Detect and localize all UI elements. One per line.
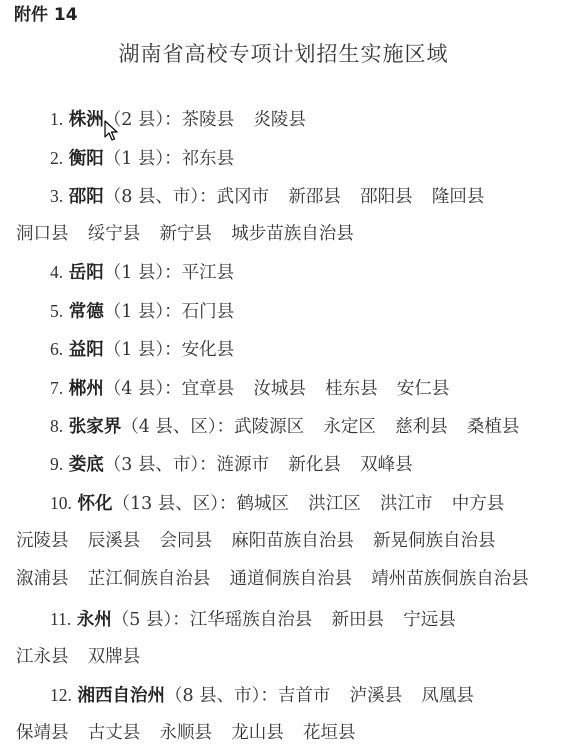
county-count: （4 县、区）：	[121, 417, 234, 437]
county-name: 慈利县	[395, 417, 448, 437]
entry-number: 3.	[50, 186, 63, 206]
city-name: 株洲	[69, 110, 104, 130]
county-name: 洪江区	[308, 494, 361, 514]
county-name: 邵阳县	[360, 187, 413, 207]
county-name: 武冈市	[217, 187, 270, 207]
region-entry: 6. 益阳（1 县）：安化县	[0, 337, 567, 362]
county-name: 会同县	[160, 531, 213, 551]
county-name: 炎陵县	[253, 110, 306, 130]
city-name: 永州	[77, 610, 112, 630]
county-name: 双牌县	[88, 647, 141, 667]
county-name: 宜章县	[182, 379, 235, 399]
county-name: 双峰县	[360, 455, 413, 475]
county-count: （13 县、区）：	[112, 494, 236, 514]
entry-number: 4.	[50, 262, 63, 282]
entry-number: 10.	[50, 493, 72, 513]
county-name: 茶陵县	[182, 110, 235, 130]
county-count: （4 县）：	[104, 379, 182, 399]
entry-number: 11.	[50, 609, 71, 629]
county-name: 辰溪县	[88, 531, 141, 551]
region-entry-continuation: 江永县双牌县	[0, 645, 567, 669]
region-entry: 11. 永州（5 县）：江华瑶族自治县新田县宁远县	[0, 607, 567, 632]
county-name: 涟源市	[217, 455, 270, 475]
document-title: 湖南省高校专项计划招生实施区域	[0, 38, 567, 68]
city-name: 郴州	[69, 379, 104, 399]
region-entry-continuation: 溆浦县芷江侗族自治县通道侗族自治县靖州苗族侗族自治县	[0, 567, 567, 591]
region-entry: 3. 邵阳（8 县、市）：武冈市新邵县邵阳县隆回县	[0, 184, 567, 209]
county-name: 安仁县	[397, 379, 450, 399]
entry-number: 6.	[50, 339, 63, 359]
county-name: 桑植县	[467, 417, 520, 437]
county-name: 江永县	[16, 647, 69, 667]
county-name: 绥宁县	[88, 224, 141, 244]
county-count: （5 县）：	[112, 610, 190, 630]
county-name: 永顺县	[160, 723, 213, 743]
county-name: 新化县	[288, 455, 341, 475]
county-name: 新晃侗族自治县	[373, 531, 496, 551]
entry-number: 12.	[50, 685, 72, 705]
region-entry: 7. 郴州（4 县）：宜章县汝城县桂东县安仁县	[0, 376, 567, 401]
attachment-label: 附件 14	[14, 0, 78, 25]
county-count: （1 县）：	[104, 302, 182, 322]
region-entry: 12. 湘西自治州（8 县、市）：吉首市泸溪县凤凰县	[0, 683, 567, 708]
region-entry-continuation: 洞口县绥宁县新宁县城步苗族自治县	[0, 222, 567, 246]
county-count: （8 县、市）：	[104, 187, 217, 207]
county-name: 沅陵县	[16, 531, 69, 551]
county-name: 安化县	[182, 340, 235, 360]
county-name: 新邵县	[288, 187, 341, 207]
county-name: 武陵源区	[234, 417, 304, 437]
county-count: （1 县）：	[104, 340, 182, 360]
entry-number: 9.	[50, 454, 63, 474]
region-entry-continuation: 保靖县古丈县永顺县龙山县花垣县	[0, 721, 567, 745]
county-name: 泸溪县	[350, 686, 403, 706]
county-name: 洞口县	[16, 224, 69, 244]
county-count: （1 县）：	[104, 149, 182, 169]
entry-number: 8.	[50, 416, 63, 436]
region-entry: 8. 张家界（4 县、区）：武陵源区永定区慈利县桑植县	[0, 414, 567, 439]
county-name: 靖州苗族侗族自治县	[371, 569, 529, 589]
county-name: 江华瑶族自治县	[190, 610, 313, 630]
county-count: （1 县）：	[104, 263, 182, 283]
city-name: 怀化	[77, 494, 112, 514]
region-entry: 9. 娄底（3 县、市）：涟源市新化县双峰县	[0, 452, 567, 477]
city-name: 娄底	[69, 455, 104, 475]
county-name: 汝城县	[253, 379, 306, 399]
county-name: 溆浦县	[16, 569, 69, 589]
entry-number: 2.	[50, 148, 63, 168]
mouse-cursor-icon	[104, 120, 118, 142]
county-name: 宁远县	[403, 610, 456, 630]
city-name: 湘西自治州	[77, 686, 165, 706]
region-entry: 1. 株洲（2 县）：茶陵县炎陵县	[0, 107, 567, 132]
city-name: 衡阳	[69, 149, 104, 169]
entry-number: 7.	[50, 378, 63, 398]
entry-number: 1.	[50, 109, 63, 129]
county-name: 石门县	[182, 302, 235, 322]
county-name: 龙山县	[231, 723, 284, 743]
city-name: 益阳	[69, 340, 104, 360]
city-name: 张家界	[69, 417, 122, 437]
region-entry: 10. 怀化（13 县、区）：鹤城区洪江区洪江市中方县	[0, 491, 567, 516]
region-entry-continuation: 沅陵县辰溪县会同县麻阳苗族自治县新晃侗族自治县	[0, 529, 567, 553]
region-entry: 5. 常德（1 县）：石门县	[0, 299, 567, 324]
region-entry: 2. 衡阳（1 县）：祁东县	[0, 146, 567, 171]
county-name: 麻阳苗族自治县	[231, 531, 354, 551]
county-name: 桂东县	[325, 379, 378, 399]
county-name: 洪江市	[380, 494, 433, 514]
county-name: 鹤城区	[237, 494, 290, 514]
county-name: 新宁县	[160, 224, 213, 244]
county-name: 吉首市	[278, 686, 331, 706]
county-name: 保靖县	[16, 723, 69, 743]
county-name: 通道侗族自治县	[230, 569, 353, 589]
county-name: 凤凰县	[421, 686, 474, 706]
county-name: 隆回县	[432, 187, 485, 207]
county-name: 平江县	[182, 263, 235, 283]
county-name: 古丈县	[88, 723, 141, 743]
county-count: （3 县、市）：	[104, 455, 217, 475]
county-name: 城步苗族自治县	[231, 224, 354, 244]
county-name: 芷江侗族自治县	[88, 569, 211, 589]
county-name: 新田县	[332, 610, 385, 630]
county-name: 花垣县	[303, 723, 356, 743]
city-name: 邵阳	[69, 187, 104, 207]
entry-number: 5.	[50, 301, 63, 321]
county-name: 祁东县	[182, 149, 235, 169]
city-name: 岳阳	[69, 263, 104, 283]
county-name: 中方县	[452, 494, 505, 514]
county-count: （8 县、市）：	[165, 686, 278, 706]
county-name: 永定区	[323, 417, 376, 437]
region-entry: 4. 岳阳（1 县）：平江县	[0, 260, 567, 285]
city-name: 常德	[69, 302, 104, 322]
